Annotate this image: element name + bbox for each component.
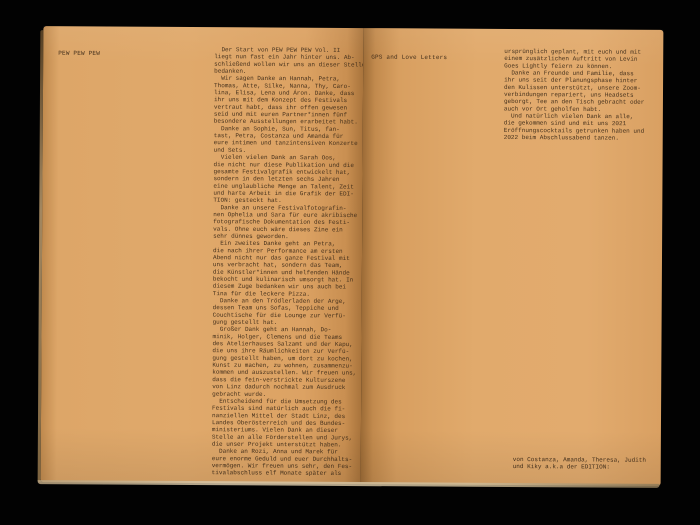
colophon-signature: von Costanza, Amanda, Theresa, Judith un… bbox=[513, 456, 646, 471]
open-zine-spread: PEW PEW PEW Der Start von PEW PEW PEW Vo… bbox=[41, 26, 664, 486]
right-page: GPS and Love Letters ursprünglich geplan… bbox=[361, 28, 664, 486]
left-page: PEW PEW PEW Der Start von PEW PEW PEW Vo… bbox=[41, 26, 364, 484]
right-page-body-text: ursprünglich geplant, mit euch und mit e… bbox=[504, 48, 655, 142]
running-header-right: GPS and Love Letters bbox=[371, 54, 447, 61]
left-page-body-text: Der Start von PEW PEW PEW Vol. II liegt … bbox=[212, 46, 365, 477]
running-header-left: PEW PEW PEW bbox=[58, 50, 100, 57]
photo-background: PEW PEW PEW Der Start von PEW PEW PEW Vo… bbox=[0, 0, 700, 525]
